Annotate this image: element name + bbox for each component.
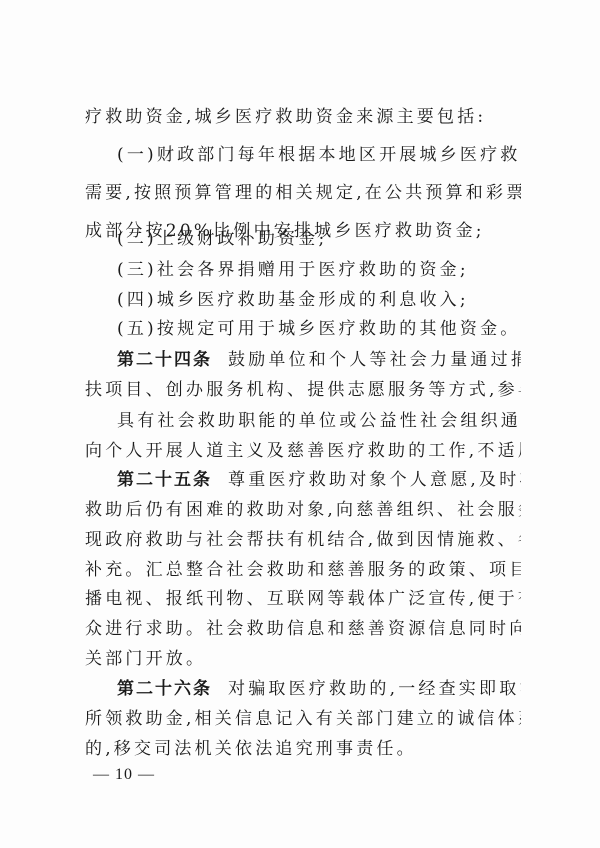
text-line: 扶项目、创办服务机构、提供志愿服务等方式,参与医疗救助。 [85, 380, 521, 400]
page-number: — 10 — [93, 766, 155, 784]
text-line: 播电视、报纸刊物、互联网等载体广泛宣传,便于有需要的社会公 [85, 589, 521, 609]
text-line: 的,移交司法机关依法追究刑事责任。 [85, 739, 521, 759]
article-25-heading: 第二十五条 [117, 470, 212, 490]
article-25-text: 尊重医疗救助对象个人意愿,及时将经过医疗 [228, 470, 521, 490]
text-line: 现政府救助与社会帮扶有机结合,做到因情施救、各有侧重、互相 [85, 530, 521, 550]
article-24-line: 第二十四条鼓励单位和个人等社会力量通过捐赠、设立帮 [117, 350, 521, 370]
text-line: 需要,按照预算管理的相关规定,在公共预算和彩票公益金本级留 [85, 183, 521, 203]
list-item-5: (五)按规定可用于城乡医疗救助的其他资金。 [117, 319, 521, 339]
article-26-text: 对骗取医疗救助的,一经查实即取消救助,追回 [228, 679, 521, 699]
article-25-line: 第二十五条尊重医疗救助对象个人意愿,及时将经过医疗 [117, 470, 521, 490]
text-line: 疗救助资金,城乡医疗救助资金来源主要包括: [85, 107, 521, 127]
text-line: 所领救助金,相关信息记入有关部门建立的诚信体系;涉嫌犯罪 [85, 709, 521, 729]
list-item-4: (四)城乡医疗救助基金形成的利息收入; [117, 290, 521, 310]
text-line: 具有社会救助职能的单位或公益性社会组织通过依法募捐, [117, 411, 521, 431]
text-line: 众进行求助。社会救助信息和慈善资源信息同时向审计等政府有 [85, 619, 521, 639]
text-line: 补充。汇总整合社会救助和慈善服务的政策、项目和资源,通过广 [85, 560, 521, 580]
text-line: 向个人开展人道主义及慈善医疗救助的工作,不适用本细则。 [85, 441, 521, 461]
article-24-heading: 第二十四条 [117, 350, 212, 370]
document-page: 疗救助资金,城乡医疗救助资金来源主要包括: (一)财政部门每年根据本地区开展城乡… [0, 0, 600, 848]
article-24-text: 鼓励单位和个人等社会力量通过捐赠、设立帮 [228, 350, 521, 370]
list-item-3: (三)社会各界捐赠用于医疗救助的资金; [117, 260, 521, 280]
text-line: 救助后仍有困难的救助对象,向慈善组织、社会服务机构转介,实 [85, 500, 521, 520]
article-26-heading: 第二十六条 [117, 679, 212, 699]
list-item-2: (二)上级财政补助资金; [117, 229, 521, 249]
text-line: 关部门开放。 [85, 649, 521, 669]
list-item-1: (一)财政部门每年根据本地区开展城乡医疗救助工作实际 [117, 145, 521, 165]
article-26-line: 第二十六条对骗取医疗救助的,一经查实即取消救助,追回 [117, 679, 521, 699]
